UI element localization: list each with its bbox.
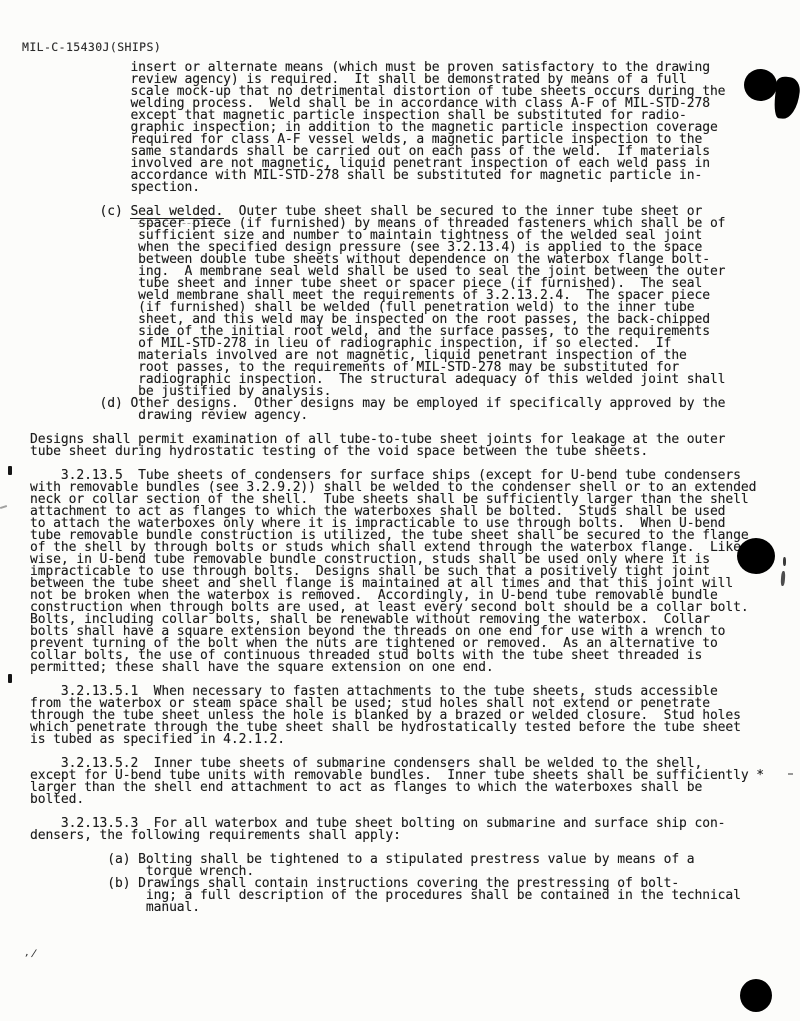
document-body-text: insert or alternate means (which must be… [30, 62, 764, 914]
margin-dash-artifact [788, 773, 793, 775]
margin-smudge-artifact [780, 571, 785, 586]
spacer-piece-overline-artifact [138, 223, 230, 224]
hole-punch-dot-bottom [740, 979, 772, 1012]
seal-welded-underline [130, 218, 224, 219]
hole-punch-dot-top [744, 69, 777, 101]
change-bar-marker [8, 466, 12, 475]
left-edge-smudge-artifact [0, 505, 7, 509]
document-id-header: MIL-C-15430J(SHIPS) [22, 40, 161, 54]
scanned-document-page: MIL-C-15430J(SHIPS) insert or alternate … [0, 0, 800, 1021]
footer-pen-mark: ,/ [23, 947, 38, 960]
ink-blot-crescent [773, 76, 800, 120]
change-bar-marker [8, 674, 12, 683]
hole-punch-dot-middle [737, 538, 775, 574]
margin-smudge-artifact [783, 557, 786, 566]
